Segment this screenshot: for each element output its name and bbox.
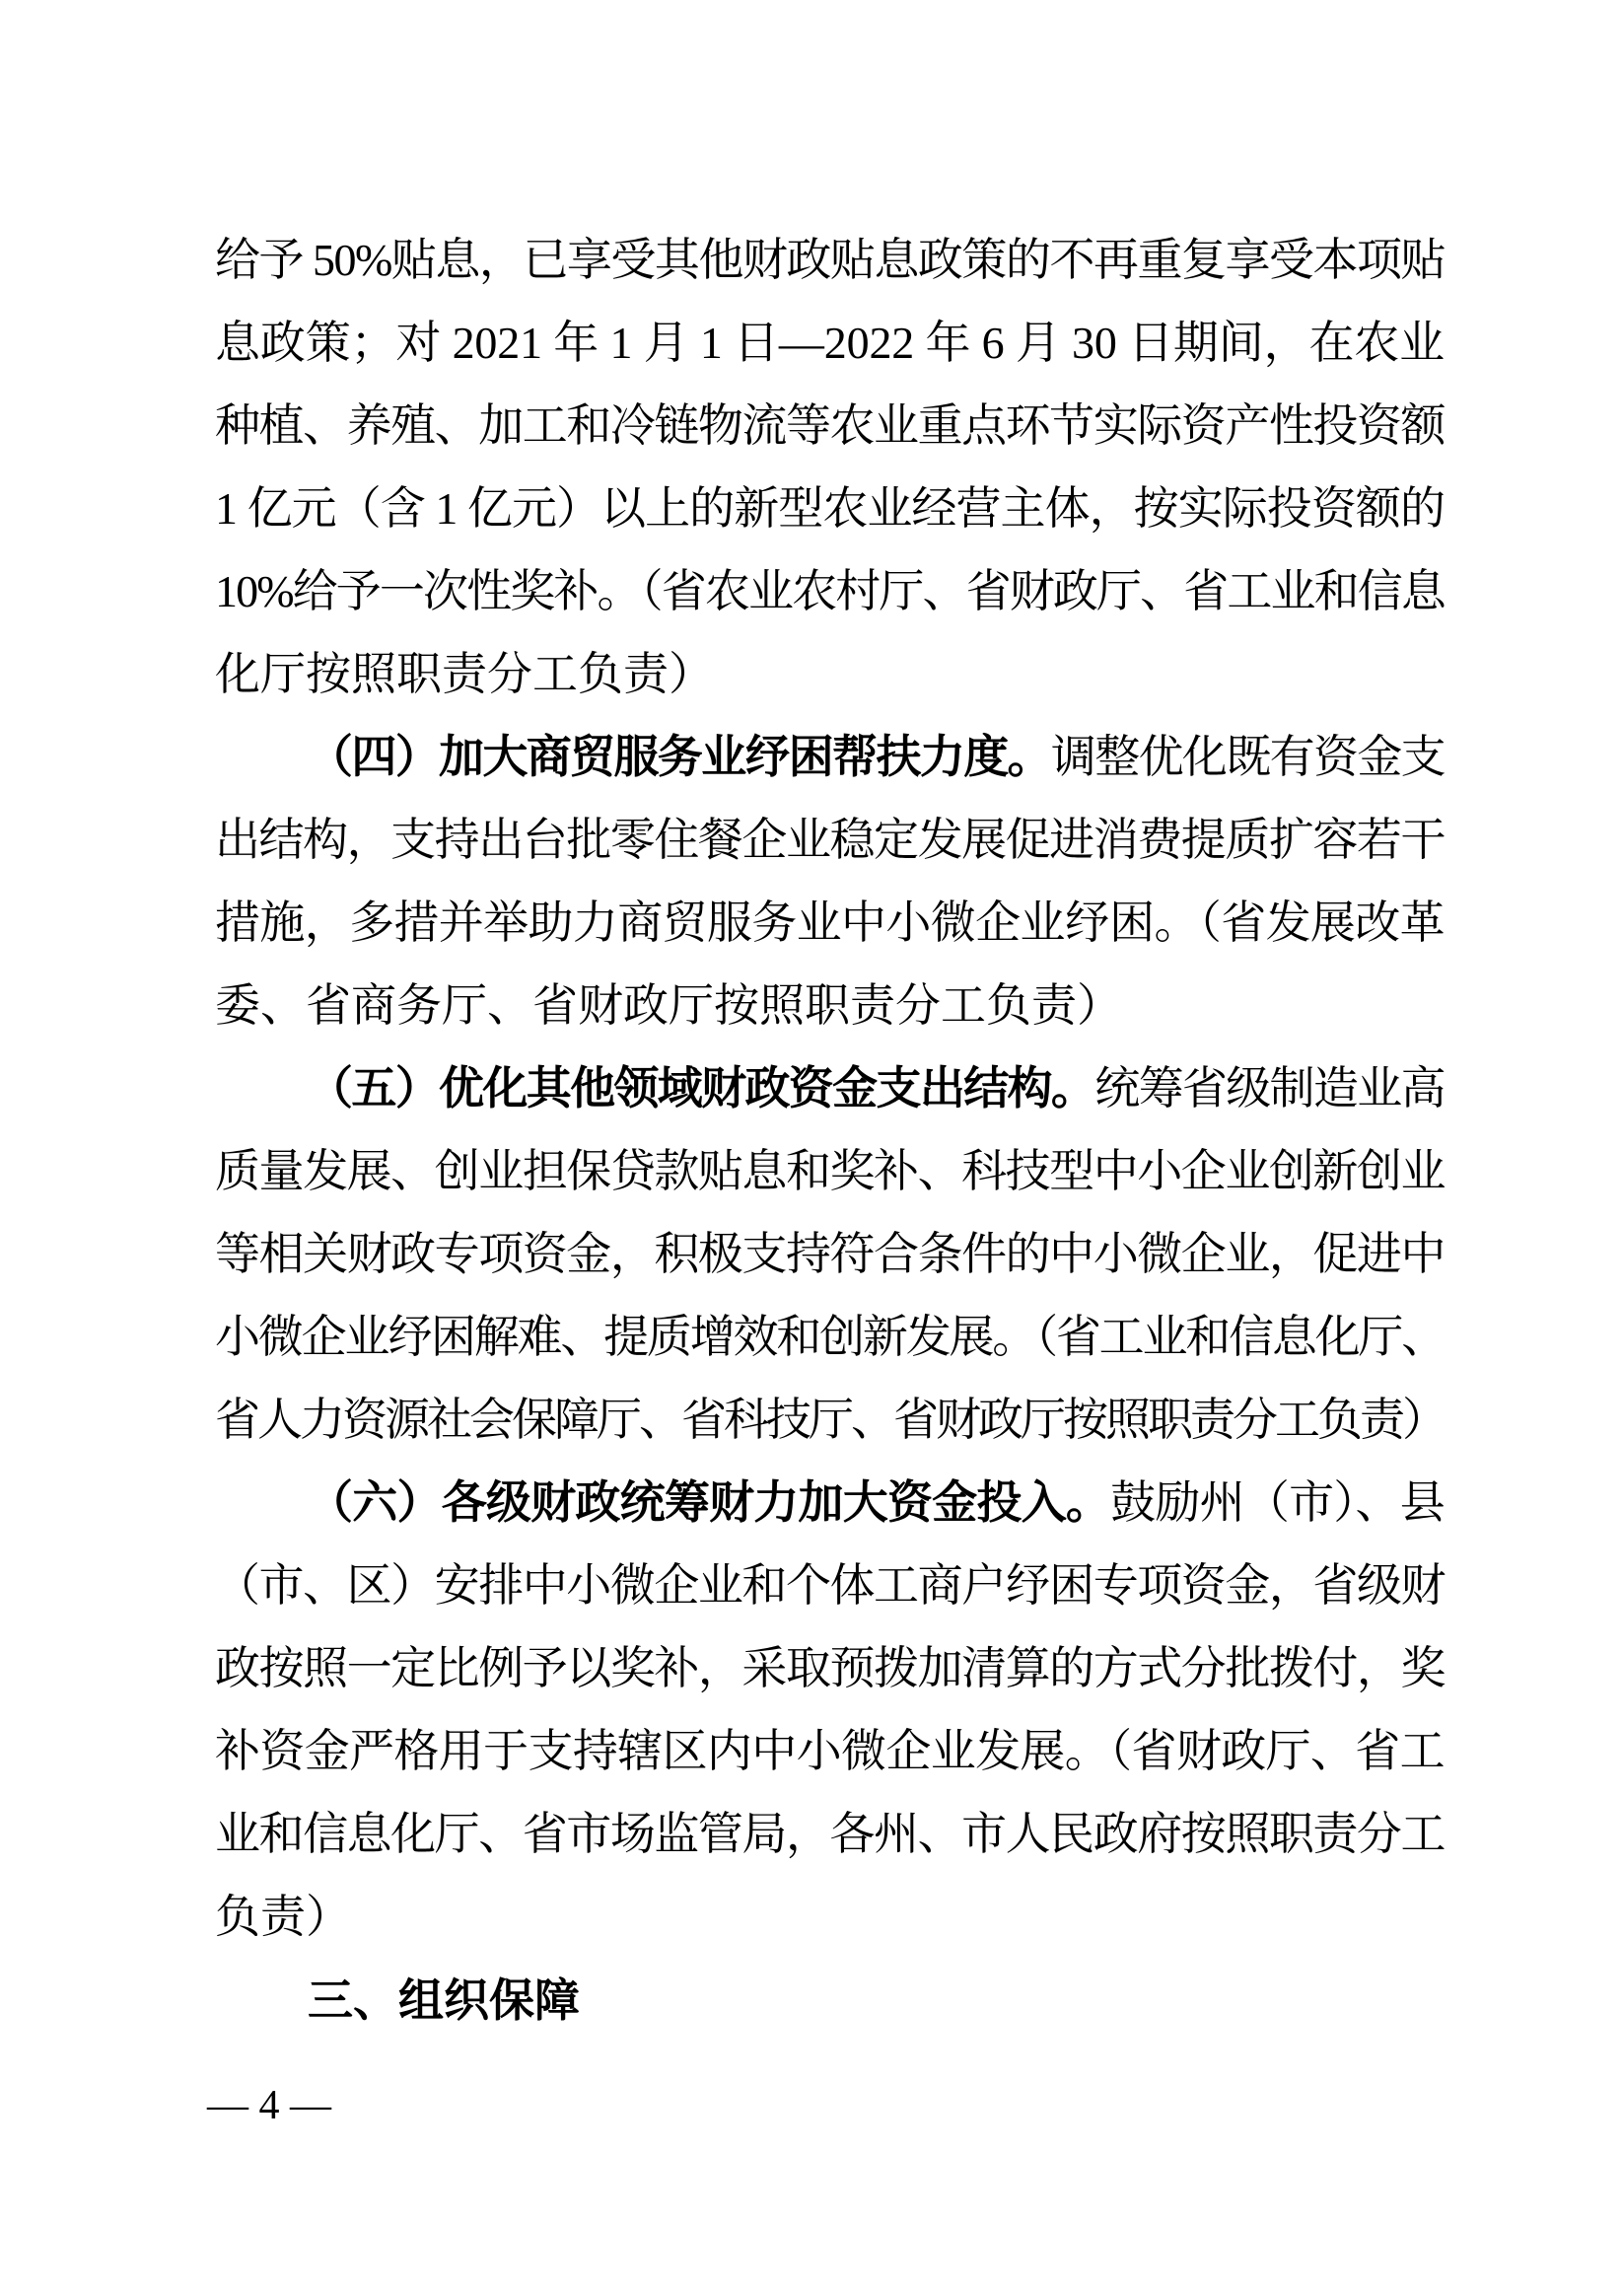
text-line: 给予 50%贴息，已享受其他财政贴息政策的不再重复享受本项贴 — [215, 219, 1445, 302]
text-line-content: 1 亿元（含 1 亿元）以上的新型农业经营主体，按实际投资额的 — [215, 467, 1445, 550]
text-line: 化厅按照职责分工负责） — [215, 633, 1445, 716]
body-text: （市、区）安排中小微企业和个体工商户纾困专项资金，省级财 — [215, 1560, 1445, 1611]
text-line: 省人力资源社会保障厅、省科技厅、省财政厅按照职责分工负责） — [215, 1379, 1445, 1462]
paragraph: （五）优化其他领域财政资金支出结构。统筹省级制造业高质量发展、创业担保贷款贴息和… — [215, 1047, 1445, 1462]
text-line-content: 补资金严格用于支持辖区内中小微企业发展。（省财政厅、省工 — [215, 1710, 1445, 1793]
text-line: 质量发展、创业担保贷款贴息和奖补、科技型中小企业创新创业 — [215, 1130, 1445, 1213]
text-line-content: 等相关财政专项资金，积极支持符合条件的中小微企业，促进中 — [215, 1213, 1445, 1296]
body-text: 质量发展、创业担保贷款贴息和奖补、科技型中小企业创新创业 — [215, 1146, 1445, 1196]
document-body: 给予 50%贴息，已享受其他财政贴息政策的不再重复享受本项贴息政策；对 2021… — [215, 219, 1445, 2042]
text-line: （市、区）安排中小微企业和个体工商户纾困专项资金，省级财 — [215, 1544, 1445, 1627]
text-line-content: 质量发展、创业担保贷款贴息和奖补、科技型中小企业创新创业 — [215, 1130, 1445, 1213]
body-text: 政按照一定比例予以奖补，采取预拨加清算的方式分批拨付，奖 — [215, 1643, 1445, 1693]
body-text: 调整优化既有资金支 — [1051, 732, 1445, 782]
body-text: 负责） — [215, 1892, 351, 1942]
document-page: 给予 50%贴息，已享受其他财政贴息政策的不再重复享受本项贴息政策；对 2021… — [0, 0, 1622, 2296]
text-line: 等相关财政专项资金，积极支持符合条件的中小微企业，促进中 — [215, 1213, 1445, 1296]
body-text: 种植、养殖、加工和冷链物流等农业重点环节实际资产性投资额 — [215, 400, 1445, 451]
lead-in-text: （五）优化其他领域财政资金支出结构。 — [308, 1063, 1094, 1113]
text-line-content: （五）优化其他领域财政资金支出结构。统筹省级制造业高 — [308, 1047, 1445, 1130]
section-heading: 三、组织保障 — [215, 1959, 1445, 2042]
text-line: 措施，多措并举助力商贸服务业中小微企业纾困。（省发展改革 — [215, 882, 1445, 965]
body-text: 等相关财政专项资金，积极支持符合条件的中小微企业，促进中 — [215, 1229, 1445, 1279]
text-line-content: 给予 50%贴息，已享受其他财政贴息政策的不再重复享受本项贴 — [215, 219, 1445, 302]
text-line: 1 亿元（含 1 亿元）以上的新型农业经营主体，按实际投资额的 — [215, 467, 1445, 550]
text-line: 小微企业纾困解难、提质增效和创新发展。（省工业和信息化厅、 — [215, 1296, 1445, 1379]
paragraph: 给予 50%贴息，已享受其他财政贴息政策的不再重复享受本项贴息政策；对 2021… — [215, 219, 1445, 716]
text-line: 业和信息化厅、省市场监管局，各州、市人民政府按照职责分工 — [215, 1793, 1445, 1876]
text-line-content: 业和信息化厅、省市场监管局，各州、市人民政府按照职责分工 — [215, 1793, 1445, 1876]
text-line: （五）优化其他领域财政资金支出结构。统筹省级制造业高 — [215, 1047, 1445, 1130]
body-text: 措施，多措并举助力商贸服务业中小微企业纾困。（省发展改革 — [215, 897, 1445, 948]
text-line: 负责） — [215, 1876, 1445, 1959]
text-line-content: （市、区）安排中小微企业和个体工商户纾困专项资金，省级财 — [215, 1544, 1445, 1627]
body-text: 统筹省级制造业高 — [1094, 1063, 1445, 1113]
text-line: 出结构，支持出台批零住餐企业稳定发展促进消费提质扩容若干 — [215, 799, 1445, 882]
body-text: 出结构，支持出台批零住餐企业稳定发展促进消费提质扩容若干 — [215, 815, 1445, 865]
text-line-content: 出结构，支持出台批零住餐企业稳定发展促进消费提质扩容若干 — [215, 799, 1445, 882]
text-line-content: （四）加大商贸服务业纾困帮扶力度。调整优化既有资金支 — [308, 716, 1445, 799]
text-line-content: 措施，多措并举助力商贸服务业中小微企业纾困。（省发展改革 — [215, 882, 1445, 965]
paragraph: （四）加大商贸服务业纾困帮扶力度。调整优化既有资金支出结构，支持出台批零住餐企业… — [215, 716, 1445, 1047]
lead-in-text: （六）各级财政统筹财力加大资金投入。 — [308, 1477, 1110, 1528]
text-line-content: 小微企业纾困解难、提质增效和创新发展。（省工业和信息化厅、 — [215, 1296, 1445, 1379]
lead-in-text: （四）加大商贸服务业纾困帮扶力度。 — [308, 732, 1051, 782]
text-line: 委、省商务厅、省财政厅按照职责分工负责） — [215, 965, 1445, 1047]
text-line: 息政策；对 2021 年 1 月 1 日—2022 年 6 月 30 日期间，在… — [215, 302, 1445, 385]
body-text: 小微企业纾困解难、提质增效和创新发展。（省工业和信息化厅、 — [215, 1312, 1445, 1362]
text-line: 10%给予一次性奖补。（省农业农村厅、省财政厅、省工业和信息 — [215, 550, 1445, 633]
page-number-label: — 4 — — [207, 2083, 331, 2128]
text-line-content: 化厅按照职责分工负责） — [215, 633, 714, 716]
text-line: 补资金严格用于支持辖区内中小微企业发展。（省财政厅、省工 — [215, 1710, 1445, 1793]
body-text: 委、省商务厅、省财政厅按照职责分工负责） — [215, 980, 1122, 1031]
text-line-content: 种植、养殖、加工和冷链物流等农业重点环节实际资产性投资额 — [215, 385, 1445, 467]
text-line: （六）各级财政统筹财力加大资金投入。鼓励州（市）、县 — [215, 1462, 1445, 1544]
text-line-content: （六）各级财政统筹财力加大资金投入。鼓励州（市）、县 — [308, 1462, 1445, 1544]
text-line: 政按照一定比例予以奖补，采取预拨加清算的方式分批拨付，奖 — [215, 1627, 1445, 1710]
body-text: 给予 50%贴息，已享受其他财政贴息政策的不再重复享受本项贴 — [215, 235, 1445, 285]
body-text: 补资金严格用于支持辖区内中小微企业发展。（省财政厅、省工 — [215, 1726, 1445, 1776]
body-text: 1 亿元（含 1 亿元）以上的新型农业经营主体，按实际投资额的 — [215, 483, 1445, 534]
paragraph: （六）各级财政统筹财力加大资金投入。鼓励州（市）、县（市、区）安排中小微企业和个… — [215, 1462, 1445, 1959]
body-text: 10%给予一次性奖补。（省农业农村厅、省财政厅、省工业和信息 — [215, 566, 1445, 616]
body-text: 业和信息化厅、省市场监管局，各州、市人民政府按照职责分工 — [215, 1809, 1445, 1859]
page-number: — 4 — — [207, 2074, 331, 2137]
text-line-content: 政按照一定比例予以奖补，采取预拨加清算的方式分批拨付，奖 — [215, 1627, 1445, 1710]
text-line: （四）加大商贸服务业纾困帮扶力度。调整优化既有资金支 — [215, 716, 1445, 799]
text-line-content: 负责） — [215, 1876, 351, 1959]
text-line-content: 息政策；对 2021 年 1 月 1 日—2022 年 6 月 30 日期间，在… — [215, 302, 1445, 385]
text-line-content: 10%给予一次性奖补。（省农业农村厅、省财政厅、省工业和信息 — [215, 550, 1445, 633]
text-line-content: 省人力资源社会保障厅、省科技厅、省财政厅按照职责分工负责） — [215, 1379, 1445, 1462]
section-heading-text: 三、组织保障 — [308, 1959, 580, 2042]
body-text: 息政策；对 2021 年 1 月 1 日—2022 年 6 月 30 日期间，在… — [215, 318, 1445, 368]
body-text: 鼓励州（市）、县 — [1110, 1477, 1445, 1528]
body-text: 化厅按照职责分工负责） — [215, 649, 714, 699]
text-line-content: 委、省商务厅、省财政厅按照职责分工负责） — [215, 965, 1122, 1047]
text-line: 种植、养殖、加工和冷链物流等农业重点环节实际资产性投资额 — [215, 385, 1445, 467]
body-text: 省人力资源社会保障厅、省科技厅、省财政厅按照职责分工负责） — [215, 1395, 1445, 1445]
